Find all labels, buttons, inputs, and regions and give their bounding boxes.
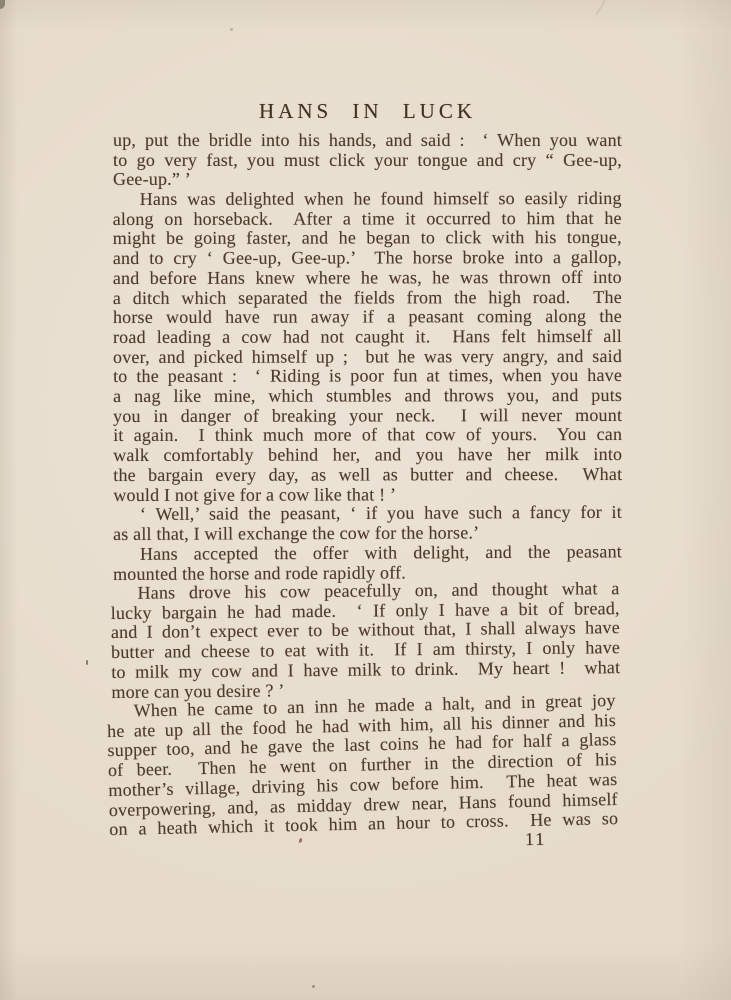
text-line: a nag like mine, which stumbles and thro… (113, 386, 622, 407)
text-line: along on horseback. After a time it occu… (113, 209, 622, 230)
text-line: it again. I think much more of that cow … (113, 425, 622, 446)
paper-speck (312, 985, 315, 988)
page-title: HANS IN LUCK (113, 99, 622, 124)
paragraph: ‘ Well,’ said the peasant, ‘ if you have… (113, 503, 622, 545)
text-line: might be going faster, and he began to c… (113, 228, 622, 249)
paper-speck (86, 660, 88, 665)
text-line: you in danger of breaking your neck. I w… (113, 406, 622, 427)
page-corner-shadow (0, 0, 5, 9)
paragraph: up, put the bridle into his hands, and s… (113, 131, 622, 190)
paragraph: Hans was delighted when he found himself… (113, 189, 623, 505)
paragraph: When he came to an inn he made a halt, a… (106, 691, 618, 840)
text-line: ‘ Well,’ said the peasant, ‘ if you have… (113, 503, 622, 525)
text-line: walk comfortably behind her, and you hav… (113, 445, 622, 466)
text-line: road leading a cow had not caught it. Ha… (113, 327, 622, 348)
page-number: 11 (525, 829, 547, 850)
text-line: Hans was delighted when he found himself… (113, 189, 622, 210)
text-line: and to cry ‘ Gee-up, Gee-up.’ The horse … (113, 248, 622, 269)
text-line: the bargain every day, as well as butter… (113, 465, 622, 486)
paragraph: Hans drove his cow peacefully on, and th… (110, 579, 620, 702)
text-line: to go very fast, you must click your ton… (113, 151, 622, 171)
text-line: and before Hans knew where he was, he wa… (113, 268, 622, 289)
text-line: horse would have run away if a peasant c… (113, 307, 622, 328)
paper-speck (298, 838, 303, 844)
book-page: HANS IN LUCK up, put the bridle into his… (0, 0, 731, 1000)
text-line: Hans accepted the offer with delight, an… (113, 542, 622, 564)
text-line: over, and picked himself up ; but he was… (113, 347, 622, 368)
paper-speck (230, 28, 233, 31)
page-body: up, put the bridle into his hands, and s… (113, 131, 622, 840)
text-line: to the peasant : ‘ Riding is poor fun at… (113, 366, 622, 387)
paper-scratch-mark (596, 0, 606, 15)
text-line: up, put the bridle into his hands, and s… (113, 131, 622, 151)
text-line: a ditch which separated the fields from … (113, 288, 622, 309)
